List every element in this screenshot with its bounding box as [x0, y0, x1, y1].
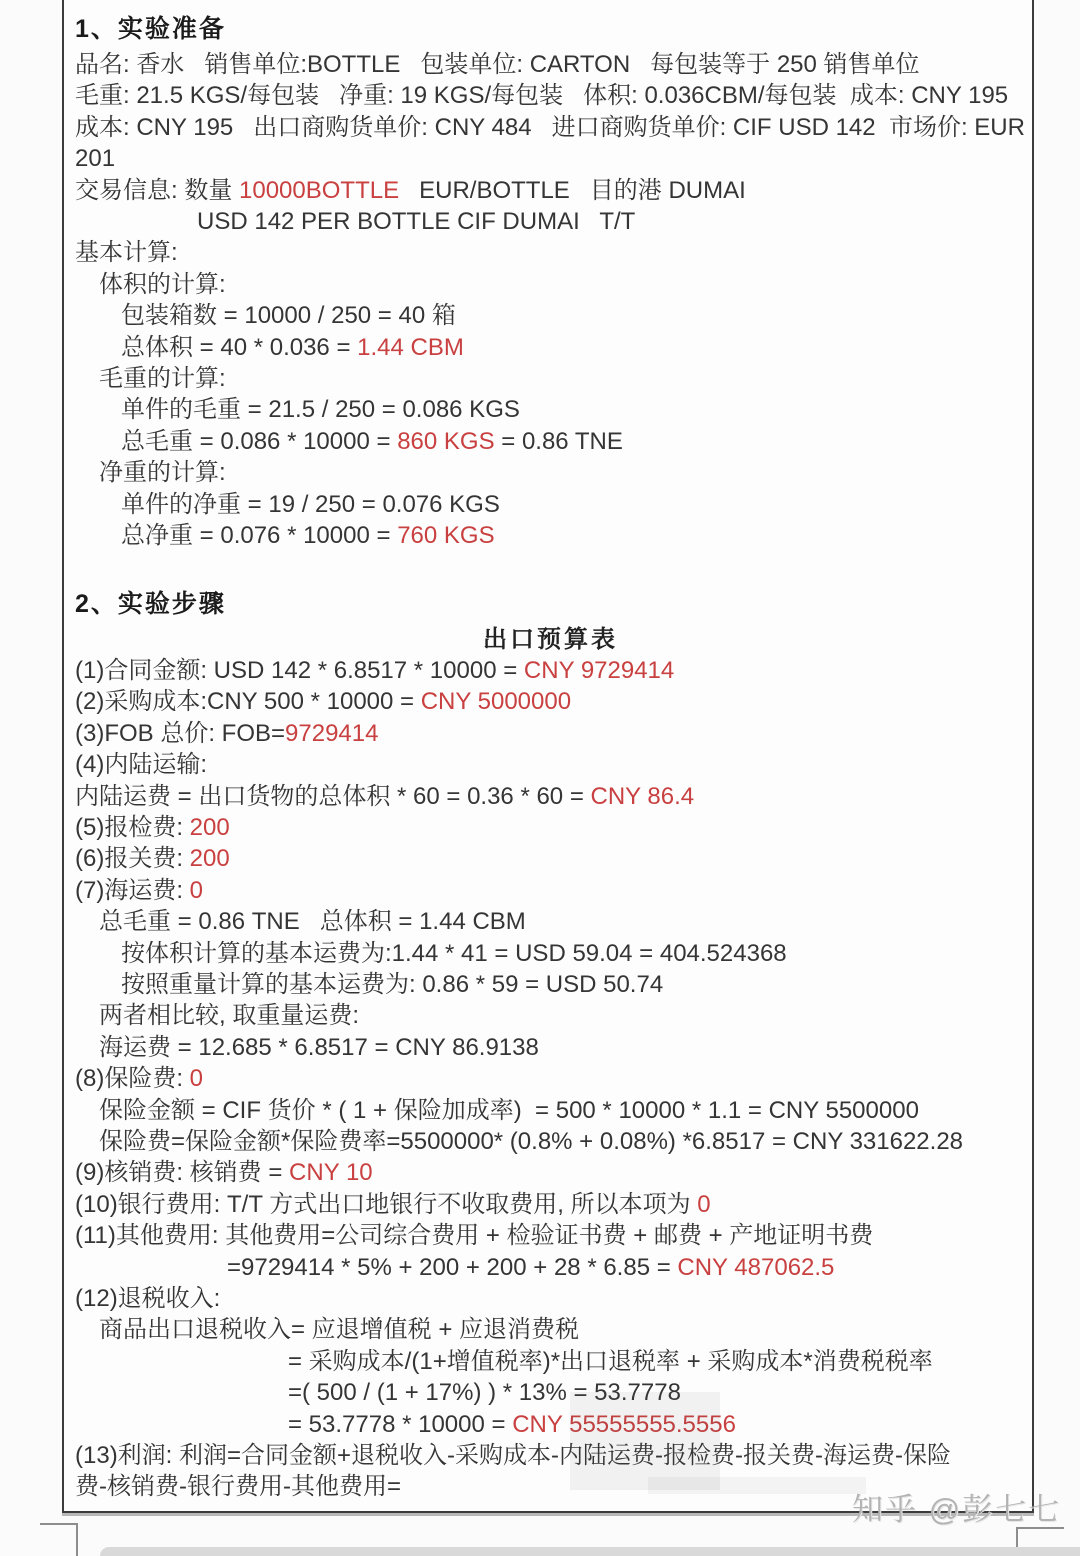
- highlight-value: 10000BOTTLE: [239, 177, 399, 204]
- gross-weight-heading: 毛重的计算:: [75, 363, 1026, 394]
- item11-other-fees: (11)其他费用: 其他费用=公司综合费用 + 检验证书费 + 邮费 + 产地证…: [75, 1220, 1026, 1251]
- highlight-value: CNY 86.4: [591, 783, 695, 810]
- text-segment: (6)报关费:: [75, 845, 190, 872]
- item9-verification-fee: (9)核销费: 核销费 = CNY 10: [75, 1157, 1026, 1188]
- freight-compare-line: 两者相比较, 取重量运费:: [75, 1000, 1026, 1031]
- text-segment: (10)银行费用: T/T 方式出口地银行不收取费用, 所以本项为: [75, 1191, 697, 1218]
- text-segment: (2)采购成本:CNY 500 * 10000 =: [75, 688, 421, 715]
- text-segment: 内陆运费 = 出口货物的总体积 * 60 = 0.36 * 60 =: [75, 783, 591, 810]
- text-segment: 按体积计算的基本运费为:1.44 * 41 = USD 59.04 = 404.…: [121, 940, 787, 967]
- item4-inland-transport: (4)内陆运输:: [75, 749, 1026, 780]
- sea-freight-calc-line: 海运费 = 12.685 * 6.8517 = CNY 86.9138: [75, 1032, 1026, 1063]
- highlight-value: CNY 487062.5: [677, 1254, 834, 1281]
- highlight-value: 0: [190, 877, 203, 904]
- next-page-corner-left: [40, 1523, 78, 1556]
- text-segment: (1)合同金额: USD 142 * 6.8517 * 10000 =: [75, 657, 524, 684]
- text-segment: = 采购成本/(1+增值税率)*出口退税率 + 采购成本*消费税税率: [288, 1348, 933, 1375]
- basic-calc-heading: 基本计算:: [75, 237, 1026, 268]
- text-segment: (12)退税收入:: [75, 1285, 220, 1312]
- text-segment: 毛重: 21.5 KGS/每包装 净重: 19 KGS/每包装 体积: 0.03…: [75, 82, 1008, 109]
- text-segment: 单件的毛重 = 21.5 / 250 = 0.086 KGS: [121, 396, 520, 423]
- text-segment: 包装箱数 = 10000 / 250 = 40 箱: [121, 302, 456, 329]
- text-segment: 出口预算表: [483, 626, 618, 653]
- highlight-value: 860 KGS: [397, 428, 494, 455]
- next-page-gray-bar: [100, 1547, 1080, 1556]
- text-segment: =9729414 * 5% + 200 + 200 + 28 * 6.85 =: [227, 1254, 677, 1281]
- tax-refund-line4: = 53.7778 * 10000 = CNY 55555555.5556: [75, 1409, 1026, 1440]
- text-segment: 总体积 = 40 * 0.036 =: [121, 334, 357, 361]
- item10-bank-fee: (10)银行费用: T/T 方式出口地银行不收取费用, 所以本项为 0: [75, 1189, 1026, 1220]
- product-info-line: 品名: 香水 销售单位:BOTTLE 包装单位: CARTON 每包装等于 25…: [75, 49, 1026, 80]
- unit-gross-weight-line: 单件的毛重 = 21.5 / 250 = 0.086 KGS: [75, 394, 1026, 425]
- text-segment: 海运费 = 12.685 * 6.8517 = CNY 86.9138: [99, 1034, 539, 1061]
- text-segment: 成本: CNY 195 出口商购货单价: CNY 484 进口商购货单价: CI…: [75, 114, 1025, 141]
- text-segment: (13)利润: 利润=合同金额+退税收入-采购成本-内陆运费-报检费-报关费-海…: [75, 1442, 951, 1469]
- section2-title: 2、实验步骤: [75, 584, 1026, 624]
- text-segment: USD 142 PER BOTTLE CIF DUMAI T/T: [197, 208, 635, 235]
- zhihu-watermark: 知乎 @彭七七: [852, 1484, 1072, 1529]
- highlight-value: 1.44 CBM: [357, 334, 464, 361]
- total-net-weight-line: 总净重 = 0.076 * 10000 = 760 KGS: [75, 520, 1026, 551]
- freight-by-weight-line: 按照重量计算的基本运费为: 0.86 * 59 = USD 50.74: [75, 969, 1026, 1000]
- tax-refund-line2: = 采购成本/(1+增值税率)*出口退税率 + 采购成本*消费税税率: [75, 1346, 1026, 1377]
- item2-purchase-cost: (2)采购成本:CNY 500 * 10000 = CNY 5000000: [75, 686, 1026, 717]
- text-segment: (7)海运费:: [75, 877, 190, 904]
- text-segment: 201: [75, 145, 115, 172]
- unit-net-weight-line: 单件的净重 = 19 / 250 = 0.076 KGS: [75, 489, 1026, 520]
- insurance-premium-line: 保险费=保险金额*保险费率=5500000* (0.8% + 0.08%) *6…: [75, 1126, 1026, 1157]
- volume-calc-heading: 体积的计算:: [75, 269, 1026, 300]
- item12-tax-refund: (12)退税收入:: [75, 1283, 1026, 1314]
- text-segment: 总毛重 = 0.086 * 10000 =: [121, 428, 397, 455]
- highlight-value: 9729414: [285, 720, 378, 747]
- text-segment: 保险金额 = CIF 货价 * ( 1 + 保险加成率) = 500 * 100…: [99, 1097, 919, 1124]
- item3-fob-total: (3)FOB 总价: FOB=9729414: [75, 718, 1026, 749]
- text-segment: 两者相比较, 取重量运费:: [99, 1002, 359, 1029]
- trade-info-line2: USD 142 PER BOTTLE CIF DUMAI T/T: [75, 206, 1026, 237]
- text-segment: (4)内陆运输:: [75, 751, 207, 778]
- highlight-value: 0: [697, 1191, 710, 1218]
- item5-inspection-fee: (5)报检费: 200: [75, 812, 1026, 843]
- carton-count-line: 包装箱数 = 10000 / 250 = 40 箱: [75, 300, 1026, 331]
- text-segment: 保险费=保险金额*保险费率=5500000* (0.8% + 0.08%) *6…: [99, 1128, 963, 1155]
- highlight-value: 200: [190, 814, 230, 841]
- text-segment: (11)其他费用: 其他费用=公司综合费用 + 检验证书费 + 邮费 + 产地证…: [75, 1222, 873, 1249]
- cost-price-line-wrap: 201: [75, 143, 1026, 174]
- highlight-value: CNY 5000000: [421, 688, 571, 715]
- insurance-amount-line: 保险金额 = CIF 货价 * ( 1 + 保险加成率) = 500 * 100…: [75, 1095, 1026, 1126]
- text-segment: 总净重 = 0.076 * 10000 =: [121, 522, 397, 549]
- highlight-value: 760 KGS: [397, 522, 494, 549]
- total-gross-weight-line: 总毛重 = 0.086 * 10000 = 860 KGS = 0.86 TNE: [75, 426, 1026, 457]
- text-segment: (5)报检费:: [75, 814, 190, 841]
- highlight-value: 200: [190, 845, 230, 872]
- net-weight-heading: 净重的计算:: [75, 457, 1026, 488]
- text-segment: 交易信息: 数量: [75, 177, 239, 204]
- text-segment: = 0.86 TNE: [495, 428, 623, 455]
- document-page-frame: 1、实验准备品名: 香水 销售单位:BOTTLE 包装单位: CARTON 每包…: [62, 0, 1034, 1513]
- text-segment: 按照重量计算的基本运费为: 0.86 * 59 = USD 50.74: [121, 971, 663, 998]
- text-segment: = 53.7778 * 10000 =: [288, 1411, 512, 1438]
- text-segment: 净重的计算:: [99, 459, 226, 486]
- text-segment: 毛重的计算:: [99, 365, 226, 392]
- highlight-value: 0: [190, 1065, 203, 1092]
- item8-insurance-fee: (8)保险费: 0: [75, 1063, 1026, 1094]
- item1-contract-amount: (1)合同金额: USD 142 * 6.8517 * 10000 = CNY …: [75, 655, 1026, 686]
- page-number-ghost-watermark: [570, 1392, 720, 1490]
- tax-refund-line3: =( 500 / (1 + 17%) ) * 13% = 53.7778: [75, 1377, 1026, 1408]
- section1-title: 1、实验准备: [75, 9, 1026, 49]
- text-segment: 2、实验步骤: [75, 590, 226, 618]
- text-segment: 品名: 香水 销售单位:BOTTLE 包装单位: CARTON 每包装等于 25…: [75, 51, 920, 78]
- text-segment: 费-核销费-银行费用-其他费用=: [75, 1473, 401, 1500]
- text-segment: 商品出口退税收入= 应退增值税 + 应退消费税: [99, 1316, 579, 1343]
- item6-customs-fee: (6)报关费: 200: [75, 843, 1026, 874]
- text-segment: (3)FOB 总价: FOB=: [75, 720, 285, 747]
- total-volume-line: 总体积 = 40 * 0.036 = 1.44 CBM: [75, 332, 1026, 363]
- cost-price-line: 成本: CNY 195 出口商购货单价: CNY 484 进口商购货单价: CI…: [75, 112, 1026, 143]
- page-number-ghost-watermark-2: [648, 1477, 866, 1494]
- highlight-value: CNY 10: [289, 1159, 373, 1186]
- freight-by-volume-line: 按体积计算的基本运费为:1.44 * 41 = USD 59.04 = 404.…: [75, 938, 1026, 969]
- doc-lines: 1、实验准备品名: 香水 销售单位:BOTTLE 包装单位: CARTON 每包…: [64, 0, 1032, 1503]
- tax-refund-line1: 商品出口退税收入= 应退增值税 + 应退消费税: [75, 1314, 1026, 1345]
- text-segment: 体积的计算:: [99, 271, 226, 298]
- text-segment: (9)核销费: 核销费 =: [75, 1159, 289, 1186]
- text-segment: 总毛重 = 0.86 TNE 总体积 = 1.44 CBM: [99, 908, 526, 935]
- item13-profit-line1: (13)利润: 利润=合同金额+退税收入-采购成本-内陆运费-报检费-报关费-海…: [75, 1440, 1026, 1471]
- budget-table-title: 出口预算表: [75, 624, 1026, 655]
- item11-other-fees-calc: =9729414 * 5% + 200 + 200 + 28 * 6.85 = …: [75, 1252, 1026, 1283]
- weight-volume-line: 毛重: 21.5 KGS/每包装 净重: 19 KGS/每包装 体积: 0.03…: [75, 80, 1026, 111]
- inland-freight-line: 内陆运费 = 出口货物的总体积 * 60 = 0.36 * 60 = CNY 8…: [75, 781, 1026, 812]
- text-segment: (8)保险费:: [75, 1065, 190, 1092]
- text-segment: 单件的净重 = 19 / 250 = 0.076 KGS: [121, 491, 500, 518]
- text-segment: 基本计算:: [75, 239, 178, 266]
- trade-info-line: 交易信息: 数量 10000BOTTLE EUR/BOTTLE 目的港 DUMA…: [75, 175, 1026, 206]
- text-segment: EUR/BOTTLE 目的港 DUMAI: [399, 177, 746, 204]
- text-segment: 1、实验准备: [75, 15, 226, 43]
- item7-sea-freight: (7)海运费: 0: [75, 875, 1026, 906]
- sea-freight-basis-line: 总毛重 = 0.86 TNE 总体积 = 1.44 CBM: [75, 906, 1026, 937]
- highlight-value: CNY 9729414: [524, 657, 674, 684]
